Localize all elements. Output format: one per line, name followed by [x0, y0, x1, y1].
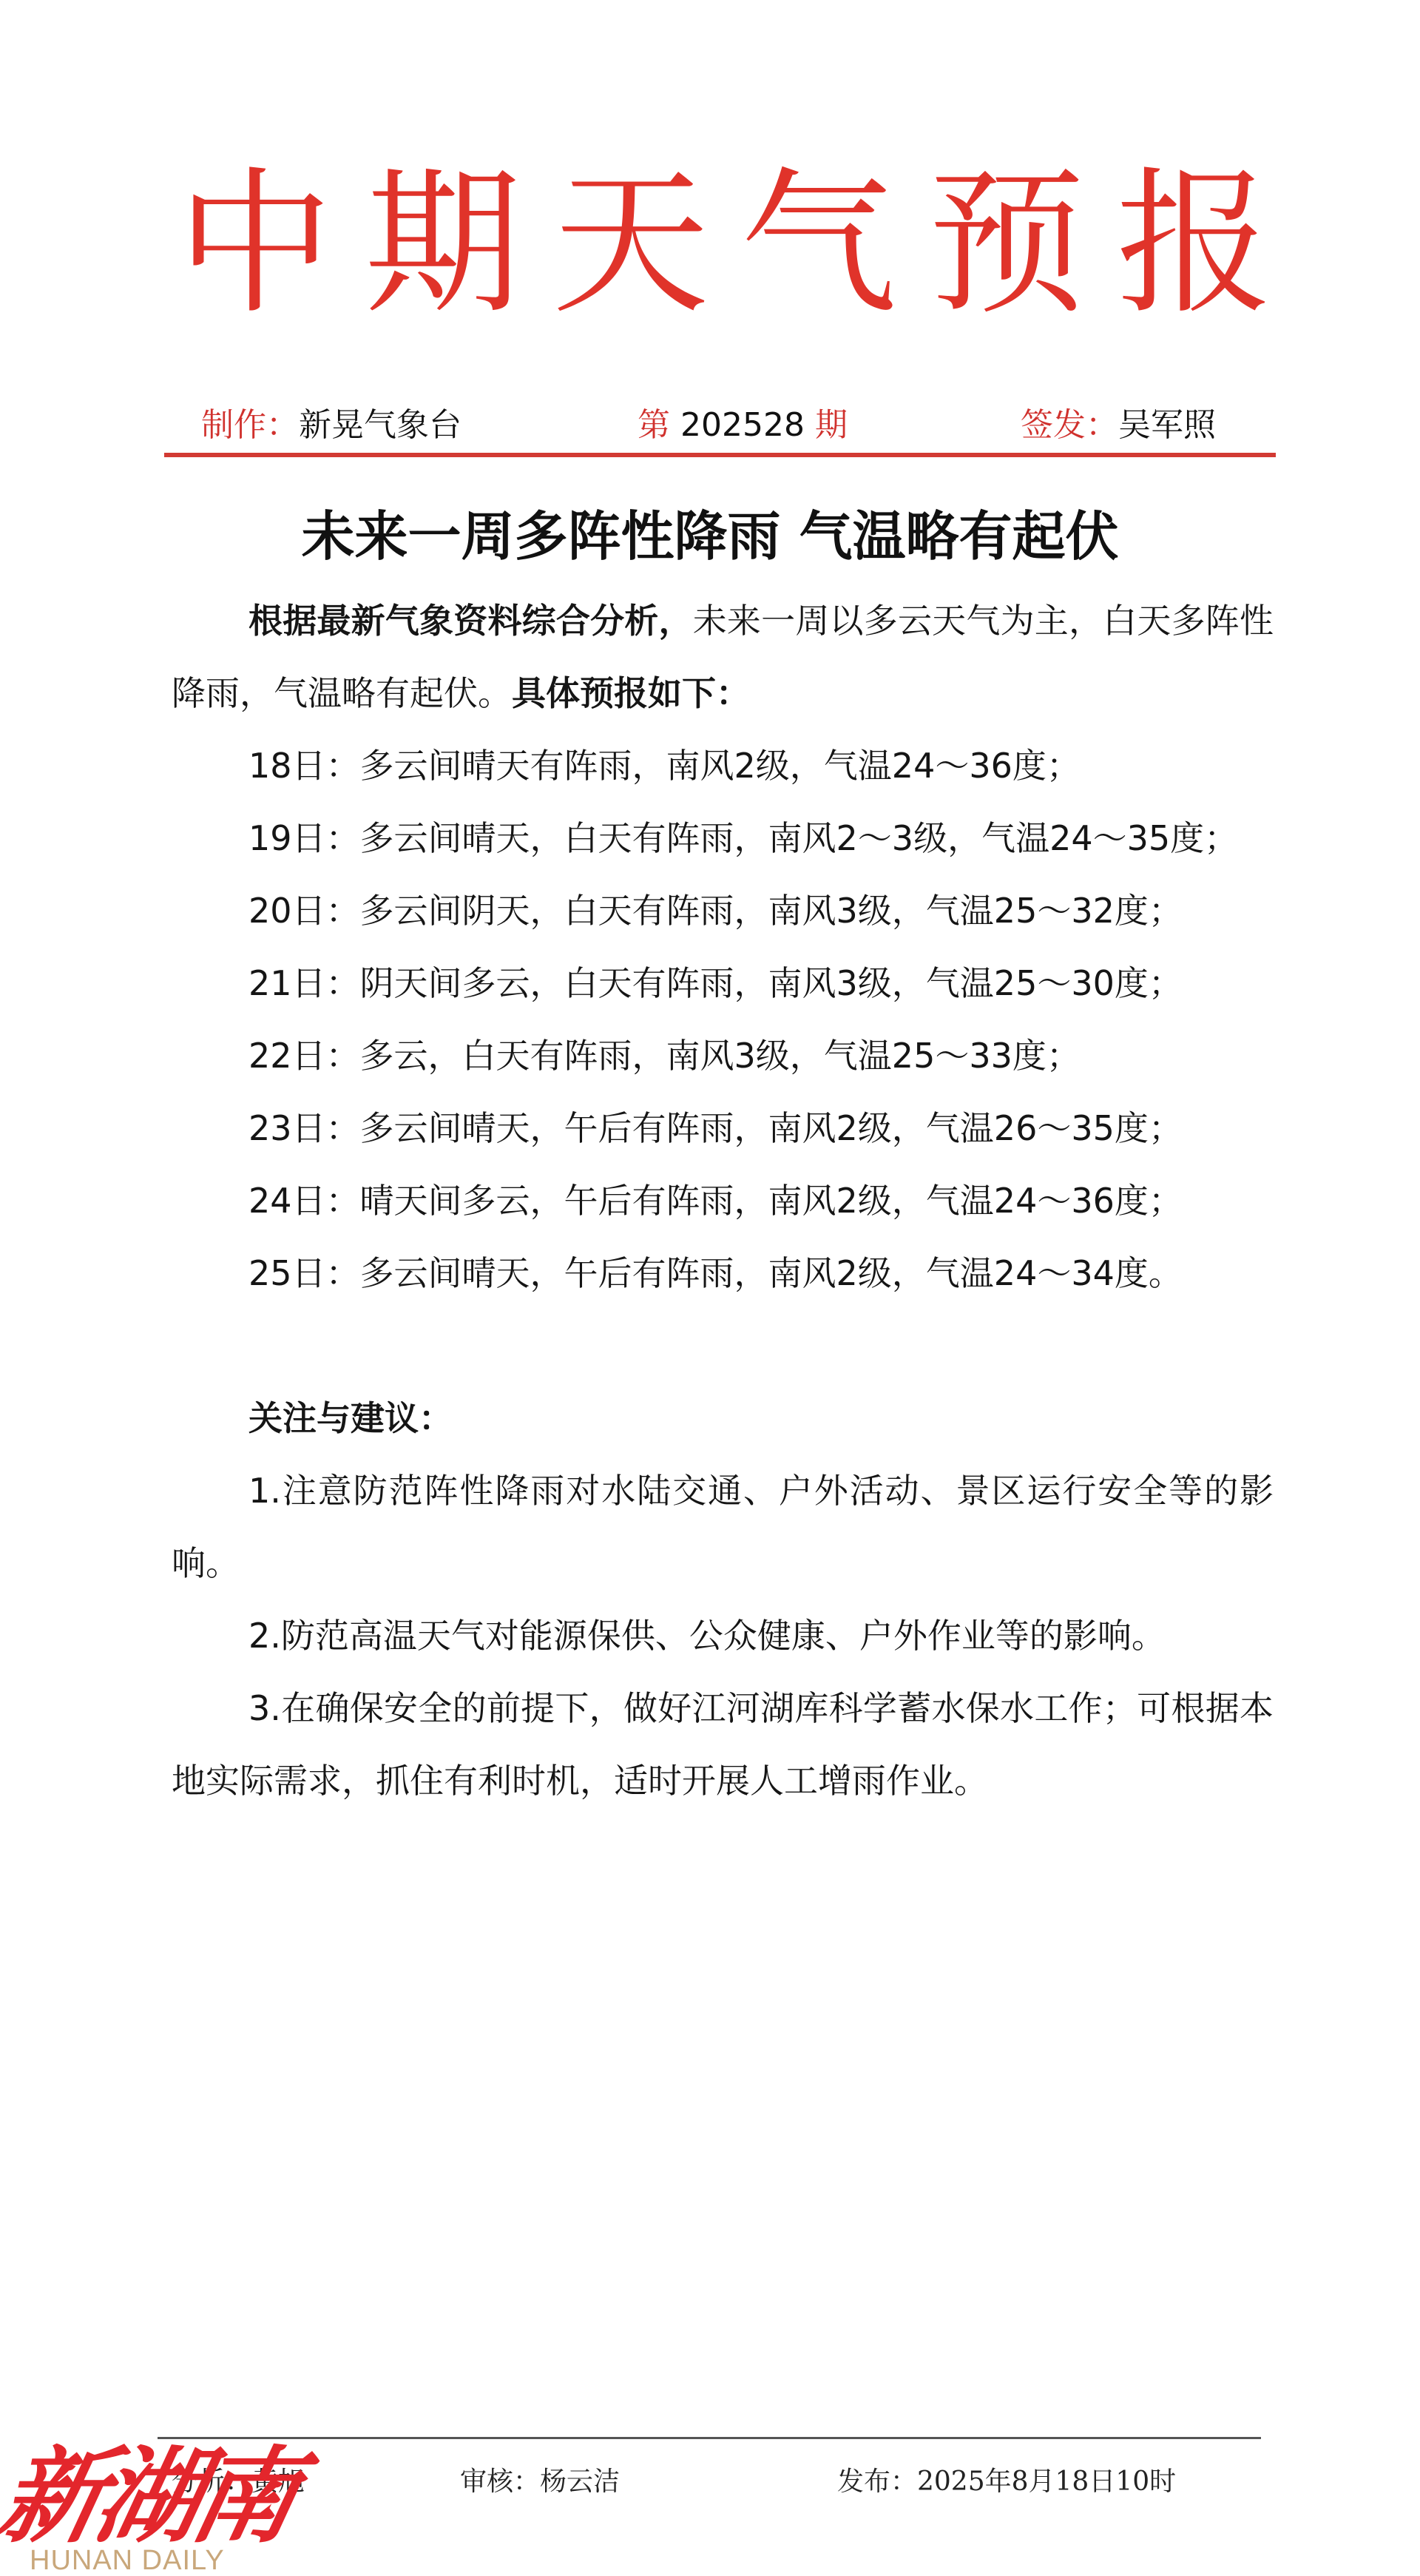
publish-time: 发布：2025年8月18日10时	[837, 2460, 1176, 2504]
advice-item-1: 1.注意防范阵性降雨对水陆交通、户外活动、景区运行安全等的影响。	[172, 1454, 1274, 1599]
spacer	[172, 1309, 1274, 1382]
issue-value: 202528	[680, 406, 805, 444]
advice-heading: 关注与建议：	[172, 1382, 1274, 1454]
footer-divider	[158, 2437, 1261, 2439]
hunan-daily-logo: 新湖南 HUNAN DAILY	[0, 2441, 311, 2576]
footer: 分析：黄旭 审核：杨云洁 发布：2025年8月18日10时	[172, 2460, 1274, 2504]
issue-prefix: 第	[638, 406, 670, 444]
forecast-day-25: 25日：多云间晴天，午后有阵雨，南风2级，气温24～34度。	[172, 1237, 1274, 1309]
header-divider	[164, 453, 1276, 457]
signer-label: 签发：	[1021, 406, 1118, 444]
masthead-char: 期	[358, 159, 528, 329]
forecast-day-19: 19日：多云间晴天，白天有阵雨，南风2～3级，气温24～35度；	[172, 802, 1274, 874]
reviewer: 审核：杨云洁	[460, 2460, 620, 2504]
forecast-body: 根据最新气象资料综合分析，未来一周以多云天气为主，白天多阵性降雨，气温略有起伏。…	[172, 584, 1274, 1817]
producer: 制作：新晃气象台	[201, 403, 461, 448]
masthead-char: 天	[546, 159, 716, 329]
forecast-day-22: 22日：多云，白天有阵雨，南风3级，气温25～33度；	[172, 1019, 1274, 1092]
advice-item-3: 3.在确保安全的前提下，做好江河湖库科学蓄水保水工作；可根据本地实际需求，抓住有…	[172, 1672, 1274, 1817]
signer: 签发：吴军照	[1021, 403, 1216, 448]
forecast-day-23: 23日：多云间晴天，午后有阵雨，南风2级，气温26～35度；	[172, 1092, 1274, 1164]
intro-tail: 具体预报如下：	[512, 673, 750, 713]
issue-number: 第 202528 期	[638, 403, 848, 448]
intro-paragraph: 根据最新气象资料综合分析，未来一周以多云天气为主，白天多阵性降雨，气温略有起伏。…	[172, 584, 1274, 729]
forecast-day-20: 20日：多云间阴天，白天有阵雨，南风3级，气温25～32度；	[172, 874, 1274, 947]
advice-item-2: 2.防范高温天气对能源保供、公众健康、户外作业等的影响。	[172, 1599, 1274, 1672]
masthead-title: 中 期 天 气 预 报	[170, 159, 1279, 329]
intro-lead: 根据最新气象资料综合分析，	[248, 601, 693, 641]
issue-suffix: 期	[815, 406, 848, 444]
signer-value: 吴军照	[1118, 406, 1216, 444]
forecast-day-21: 21日：阴天间多云，白天有阵雨，南风3级，气温25～30度；	[172, 947, 1274, 1019]
forecast-day-18: 18日：多云间晴天有阵雨，南风2级，气温24～36度；	[172, 729, 1274, 802]
masthead-char: 中	[170, 159, 340, 329]
masthead-char: 预	[922, 159, 1092, 329]
producer-label: 制作：	[201, 406, 299, 444]
masthead-char: 气	[734, 159, 904, 329]
logo-chinese: 新湖南	[0, 2441, 302, 2552]
masthead-char: 报	[1109, 159, 1279, 329]
logo-english: HUNAN DAILY	[30, 2545, 225, 2576]
producer-value: 新晃气象台	[299, 406, 461, 444]
headline: 未来一周多阵性降雨 气温略有起伏	[0, 496, 1420, 577]
forecast-day-24: 24日：晴天间多云，午后有阵雨，南风2级，气温24～36度；	[172, 1164, 1274, 1237]
meta-row: 制作：新晃气象台 第 202528 期 签发：吴军照	[172, 403, 1274, 448]
